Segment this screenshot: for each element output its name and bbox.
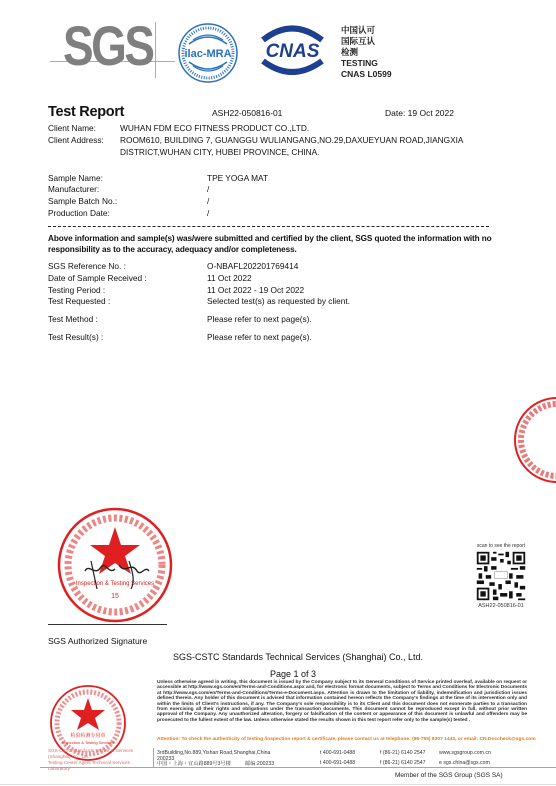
report-number: ASH22-050816-01 xyxy=(212,108,282,118)
cnas-accreditation-text: 中国认可 国际互认 检测 TESTING CNAS L0599 xyxy=(341,25,392,80)
testing-center-seal-text: SGS-CSTC Standards Technical Services (S… xyxy=(48,748,153,772)
report-title: Test Report xyxy=(48,104,124,120)
seal-text-line: SGS-CSTC Standards Technical Services (S… xyxy=(48,748,153,760)
cnas-line: TESTING xyxy=(341,58,392,69)
testing-period: 11 Oct 2022 - 19 Oct 2022 xyxy=(207,285,304,296)
address-row-cn: 中国・上海・宜山路889号3号楼 邮编:200233 t 400-691-048… xyxy=(157,760,499,767)
svg-text:检验检测专用章: 检验检测专用章 xyxy=(70,732,105,739)
test-results-label: Test Result(s) : xyxy=(48,332,103,343)
phone: t 400-691-0488 xyxy=(320,760,380,767)
svg-text:CNAS: CNAS xyxy=(266,41,320,62)
fax: f (86-21) 6140 2547 xyxy=(380,760,439,767)
svg-text:Inspection & Testing Services: Inspection & Testing Services xyxy=(76,581,154,587)
sample-received-label: Date of Sample Received : xyxy=(48,273,147,284)
sample-received: 11 Oct 2022 xyxy=(207,273,252,284)
sgs-reference: O-NBAFL202201769414 xyxy=(207,261,298,272)
testing-period-label: Testing Period : xyxy=(48,285,105,296)
page-indicator: Page 1 of 3 xyxy=(0,669,556,679)
qr-caption: scan to see the report xyxy=(472,543,530,549)
cnas-line: 国际互认 xyxy=(341,36,392,47)
qr-report-number: ASH22-050816-01 xyxy=(472,603,530,609)
legal-disclaimer: Unless otherwise agreed in writing, this… xyxy=(157,680,527,723)
production-date-label: Production Date: xyxy=(48,208,110,219)
email-link[interactable]: e sgs.china@sgs.com xyxy=(439,760,499,767)
sample-name: TPE YOGA MAT xyxy=(207,173,268,184)
cnas-logo: CNAS xyxy=(255,25,330,75)
test-method-label: Test Method : xyxy=(48,314,98,325)
dashed-separator xyxy=(48,226,489,227)
qr-code-block[interactable]: scan to see the report ASH22-050816-01 xyxy=(472,543,530,609)
seal-text-line: Testing Center Agent Technical Services … xyxy=(48,760,153,772)
sgs-logo-text: SGS xyxy=(63,18,153,74)
client-information-notice: Above information and sample(s) was/were… xyxy=(48,233,518,255)
production-date: / xyxy=(207,208,209,219)
cnas-line: CNAS L0599 xyxy=(341,69,392,80)
logo-rule xyxy=(155,22,156,78)
test-requested-label: Test Requested : xyxy=(48,296,110,307)
manufacturer: / xyxy=(207,184,209,195)
sgs-reference-label: SGS Reference No. : xyxy=(48,261,126,272)
partial-seal-stamp xyxy=(512,395,556,485)
company-seal-stamp: Inspection & Testing Services 15 xyxy=(55,505,175,625)
cnas-line: 中国认可 xyxy=(341,25,392,36)
sample-batch-label: Sample Batch No.: xyxy=(48,196,117,207)
client-name: WUHAN FDM ECO FITNESS PRODUCT CO.,LTD. xyxy=(120,123,309,134)
sgs-group-member: Member of the SGS Group (SGS SA) xyxy=(395,772,503,779)
footer-rule xyxy=(40,767,556,768)
client-address-line1: ROOM610, BUILDING 7, GUANGGU WULIANGANG,… xyxy=(120,135,463,146)
authenticity-notice: Attention: To check the authenticity of … xyxy=(157,737,537,742)
client-name-label: Client Name: xyxy=(48,123,96,134)
client-address-line2: DISTRICT,WUHAN CITY, HUBEI PROVINCE, CHI… xyxy=(120,147,319,158)
signature-line xyxy=(48,624,167,625)
page-bottom-edge xyxy=(0,784,556,785)
test-results: Please refer to next page(s). xyxy=(207,332,312,343)
svg-text:15: 15 xyxy=(111,593,119,600)
footer-rule xyxy=(153,748,154,768)
manufacturer-label: Manufacturer: xyxy=(48,184,99,195)
svg-text:Inspection & Testing Services: Inspection & Testing Services xyxy=(62,740,114,745)
qr-code-icon[interactable] xyxy=(475,550,527,602)
company-name: SGS-CSTC Standards Technical Services (S… xyxy=(0,652,556,662)
report-date: Date: 19 Oct 2022 xyxy=(385,108,454,118)
svg-text:ilac-MRA: ilac-MRA xyxy=(184,48,231,60)
test-method: Please refer to next page(s). xyxy=(207,314,312,325)
postcode: 邮编:200233 xyxy=(245,760,320,767)
test-requested: Selected test(s) as requested by client. xyxy=(207,296,350,307)
ilac-mra-logo: ilac-MRA xyxy=(177,22,239,84)
authorized-signature-label: SGS Authorized Signature xyxy=(48,636,147,646)
address-cn: 中国・上海・宜山路889号3号楼 xyxy=(157,760,245,767)
cnas-line: 检测 xyxy=(341,47,392,58)
client-address-label: Client Address: xyxy=(48,135,104,146)
sample-name-label: Sample Name: xyxy=(48,173,103,184)
sgs-logo: SGS xyxy=(55,20,155,72)
sample-batch: / xyxy=(207,196,209,207)
